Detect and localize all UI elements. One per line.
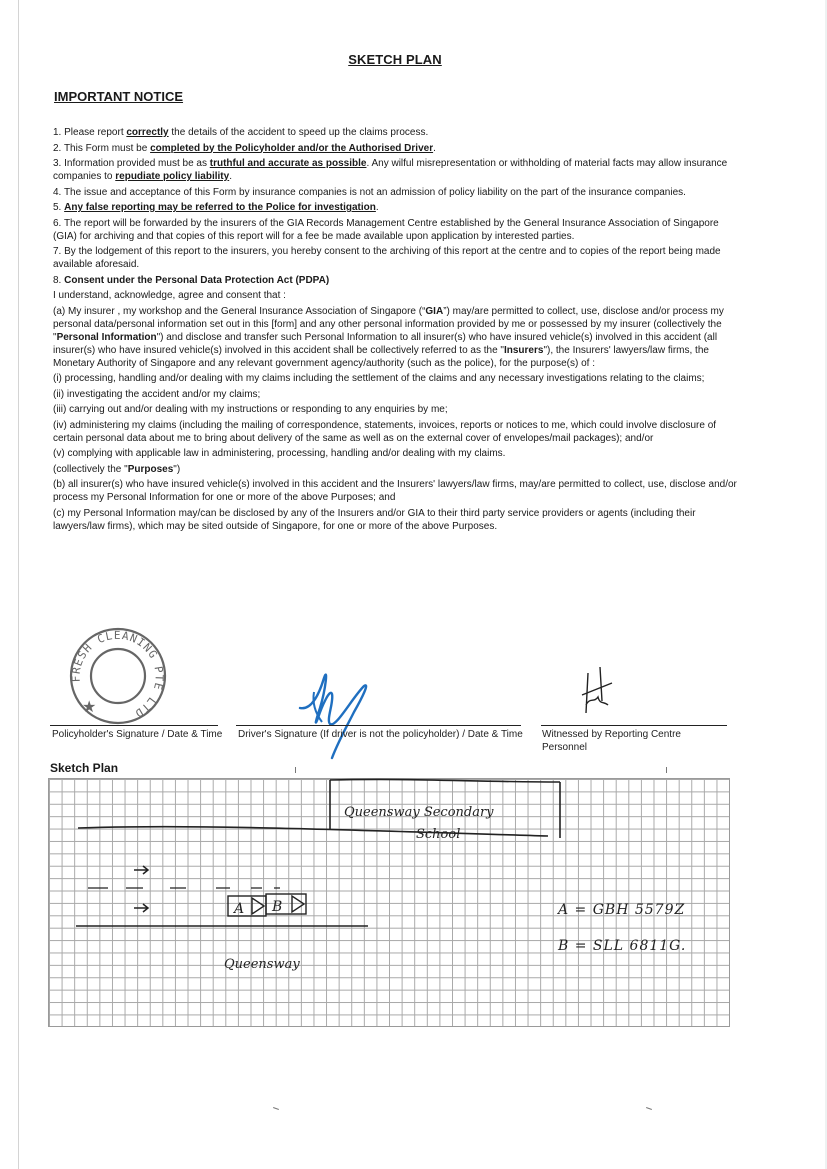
pdpa-clause-a: (a) My insurer , my workshop and the Gen… — [53, 305, 743, 370]
scan-mark — [273, 1107, 279, 1110]
policyholder-signature-line — [50, 725, 218, 726]
driver-signature-line — [236, 725, 521, 726]
notice-item-6: 6. The report will be forwarded by the i… — [53, 217, 743, 243]
policyholder-signature-label: Policyholder's Signature / Date & Time — [52, 728, 227, 741]
page-margin-line — [18, 0, 19, 1169]
pdpa-purpose-iii: (iii) carrying out and/or dealing with m… — [53, 403, 743, 416]
school-label-line1: Queensway Secondary — [344, 805, 494, 820]
direction-arrow-icon — [134, 866, 148, 912]
notice-item-4: 4. The issue and acceptance of this Form… — [53, 186, 743, 199]
witness-signature — [580, 665, 620, 715]
notice-item-8: 8. Consent under the Personal Data Prote… — [53, 274, 743, 287]
witness-signature-label: Witnessed by Reporting Centre Personnel — [542, 728, 717, 754]
vehicle-b-label: B — [271, 899, 282, 915]
notice-item-5: 5. Any false reporting may be referred t… — [53, 201, 743, 214]
pdpa-purpose-ii: (ii) investigating the accident and/or m… — [53, 388, 743, 401]
scan-mark — [646, 1107, 652, 1110]
scan-mark — [295, 767, 296, 773]
road-edge-top — [78, 827, 548, 836]
notice-item-3: 3. Information provided must be as truth… — [53, 157, 743, 183]
driver-signature-label: Driver's Signature (If driver is not the… — [238, 728, 528, 741]
accident-sketch: Queensway Secondary School A B Queensway… — [48, 778, 728, 1025]
notice-heading: IMPORTANT NOTICE — [54, 89, 183, 104]
pdpa-purposes-defined: (collectively the "Purposes") — [53, 463, 743, 476]
vehicle-b-plate: B = SLL 6811G. — [557, 938, 686, 954]
road-label: Queensway — [224, 957, 300, 972]
pdpa-clause-c: (c) my Personal Information may/can be d… — [53, 507, 743, 533]
pdpa-intro: I understand, acknowledge, agree and con… — [53, 289, 743, 302]
document-title: SKETCH PLAN — [0, 52, 790, 67]
notice-item-1: 1. Please report correctly the details o… — [53, 126, 743, 139]
company-stamp: FRESH CLEANING PTE LTD ★ — [66, 624, 170, 728]
school-label-line2: School — [416, 827, 460, 842]
driver-signature — [292, 658, 392, 768]
star-icon: ★ — [82, 699, 96, 716]
pdpa-purpose-iv: (iv) administering my claims (including … — [53, 419, 743, 445]
witness-signature-line — [541, 725, 727, 726]
pdpa-clause-b: (b) all insurer(s) who have insured vehi… — [53, 478, 743, 504]
notice-body: 1. Please report correctly the details o… — [53, 126, 743, 535]
notice-item-2: 2. This Form must be completed by the Po… — [53, 142, 743, 155]
sketch-plan-heading: Sketch Plan — [50, 761, 118, 775]
vehicle-a-label: A — [232, 901, 244, 917]
pdpa-purpose-i: (i) processing, handling and/or dealing … — [53, 372, 743, 385]
notice-item-7: 7. By the lodgement of this report to th… — [53, 245, 743, 271]
vehicle-a-plate: A = GBH 5579Z — [556, 902, 685, 918]
scan-mark — [666, 767, 667, 773]
pdpa-purpose-v: (v) complying with applicable law in adm… — [53, 447, 743, 460]
